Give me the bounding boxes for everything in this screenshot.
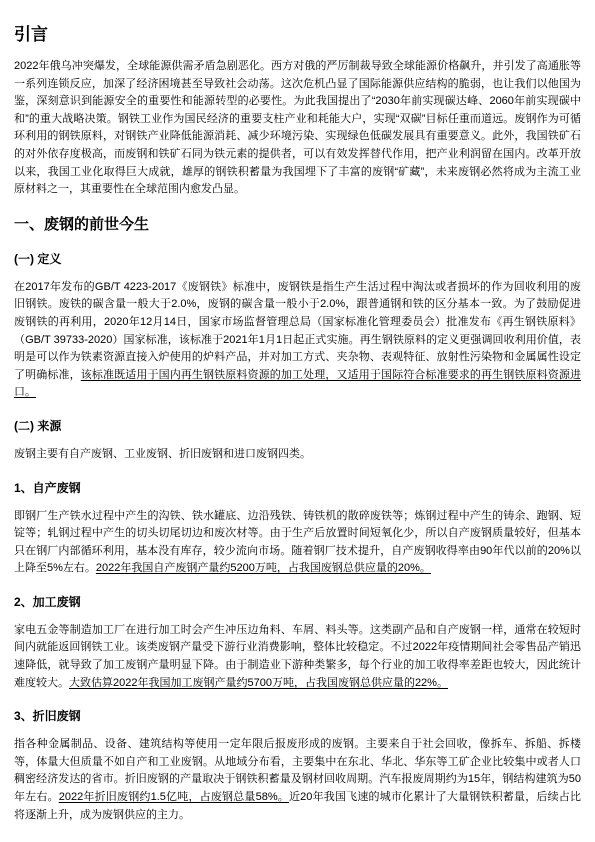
sources-heading: (二) 来源 bbox=[14, 418, 581, 434]
underlined-text-run: 2022年折旧废钢约1.5亿吨，占废钢总量58%。 bbox=[59, 791, 289, 803]
intro-paragraph: 2022年俄乌冲突爆发，全球能源供需矛盾急剧恶化。西方对俄的严厉制裁导致全球能源… bbox=[14, 58, 581, 199]
source-type-2-paragraph: 家电五金等制造加工厂在进行加工时会产生冲压边角料、车屑、料头等。这类副产品和自产… bbox=[14, 622, 581, 692]
intro-heading: 引言 bbox=[14, 24, 581, 46]
source-type-2-heading: 2、加工废钢 bbox=[14, 594, 581, 610]
underlined-text-run: 2022年我国自产废钢产量约5200万吨，占我国废钢总供应量的20%。 bbox=[96, 562, 431, 574]
source-type-1-paragraph: 即钢厂生产铁水过程中产生的沟铁、铁水罐底、边沿残铁、铸铁机的散碎废铁等；炼钢过程… bbox=[14, 508, 581, 578]
sources-intro-paragraph: 废钢主要有自产废钢、工业废钢、折旧废钢和进口废钢四类。 bbox=[14, 446, 581, 464]
definition-paragraph: 在2017年发布的GB/T 4223-2017《废钢铁》标准中，废钢铁是指生产生… bbox=[14, 279, 581, 402]
document-page: 引言 2022年俄乌冲突爆发，全球能源供需矛盾急剧恶化。西方对俄的严厉制裁导致全… bbox=[0, 0, 595, 842]
underlined-text-run: 该标准既适用于国内再生钢铁原料资源的加工处理，又适用于国际符合标准要求的再生钢铁… bbox=[14, 369, 581, 399]
source-type-3-paragraph: 指各种金属制品、设备、建筑结构等使用一定年限后报废形成的废钢。主要来自于社会回收… bbox=[14, 736, 581, 824]
underlined-text-run: 大致估算2022年我国加工废钢产量约5700万吨，占我国废钢总供应量的22%。 bbox=[69, 677, 448, 689]
source-type-3-heading: 3、折旧废钢 bbox=[14, 708, 581, 724]
text-run: 在2017年发布的GB/T 4223-2017《废钢铁》标准中，废钢铁是指生产生… bbox=[14, 281, 581, 381]
definition-heading: (一) 定义 bbox=[14, 251, 581, 267]
section1-heading: 一、废钢的前世今生 bbox=[14, 215, 581, 235]
source-type-1-heading: 1、自产废钢 bbox=[14, 480, 581, 496]
